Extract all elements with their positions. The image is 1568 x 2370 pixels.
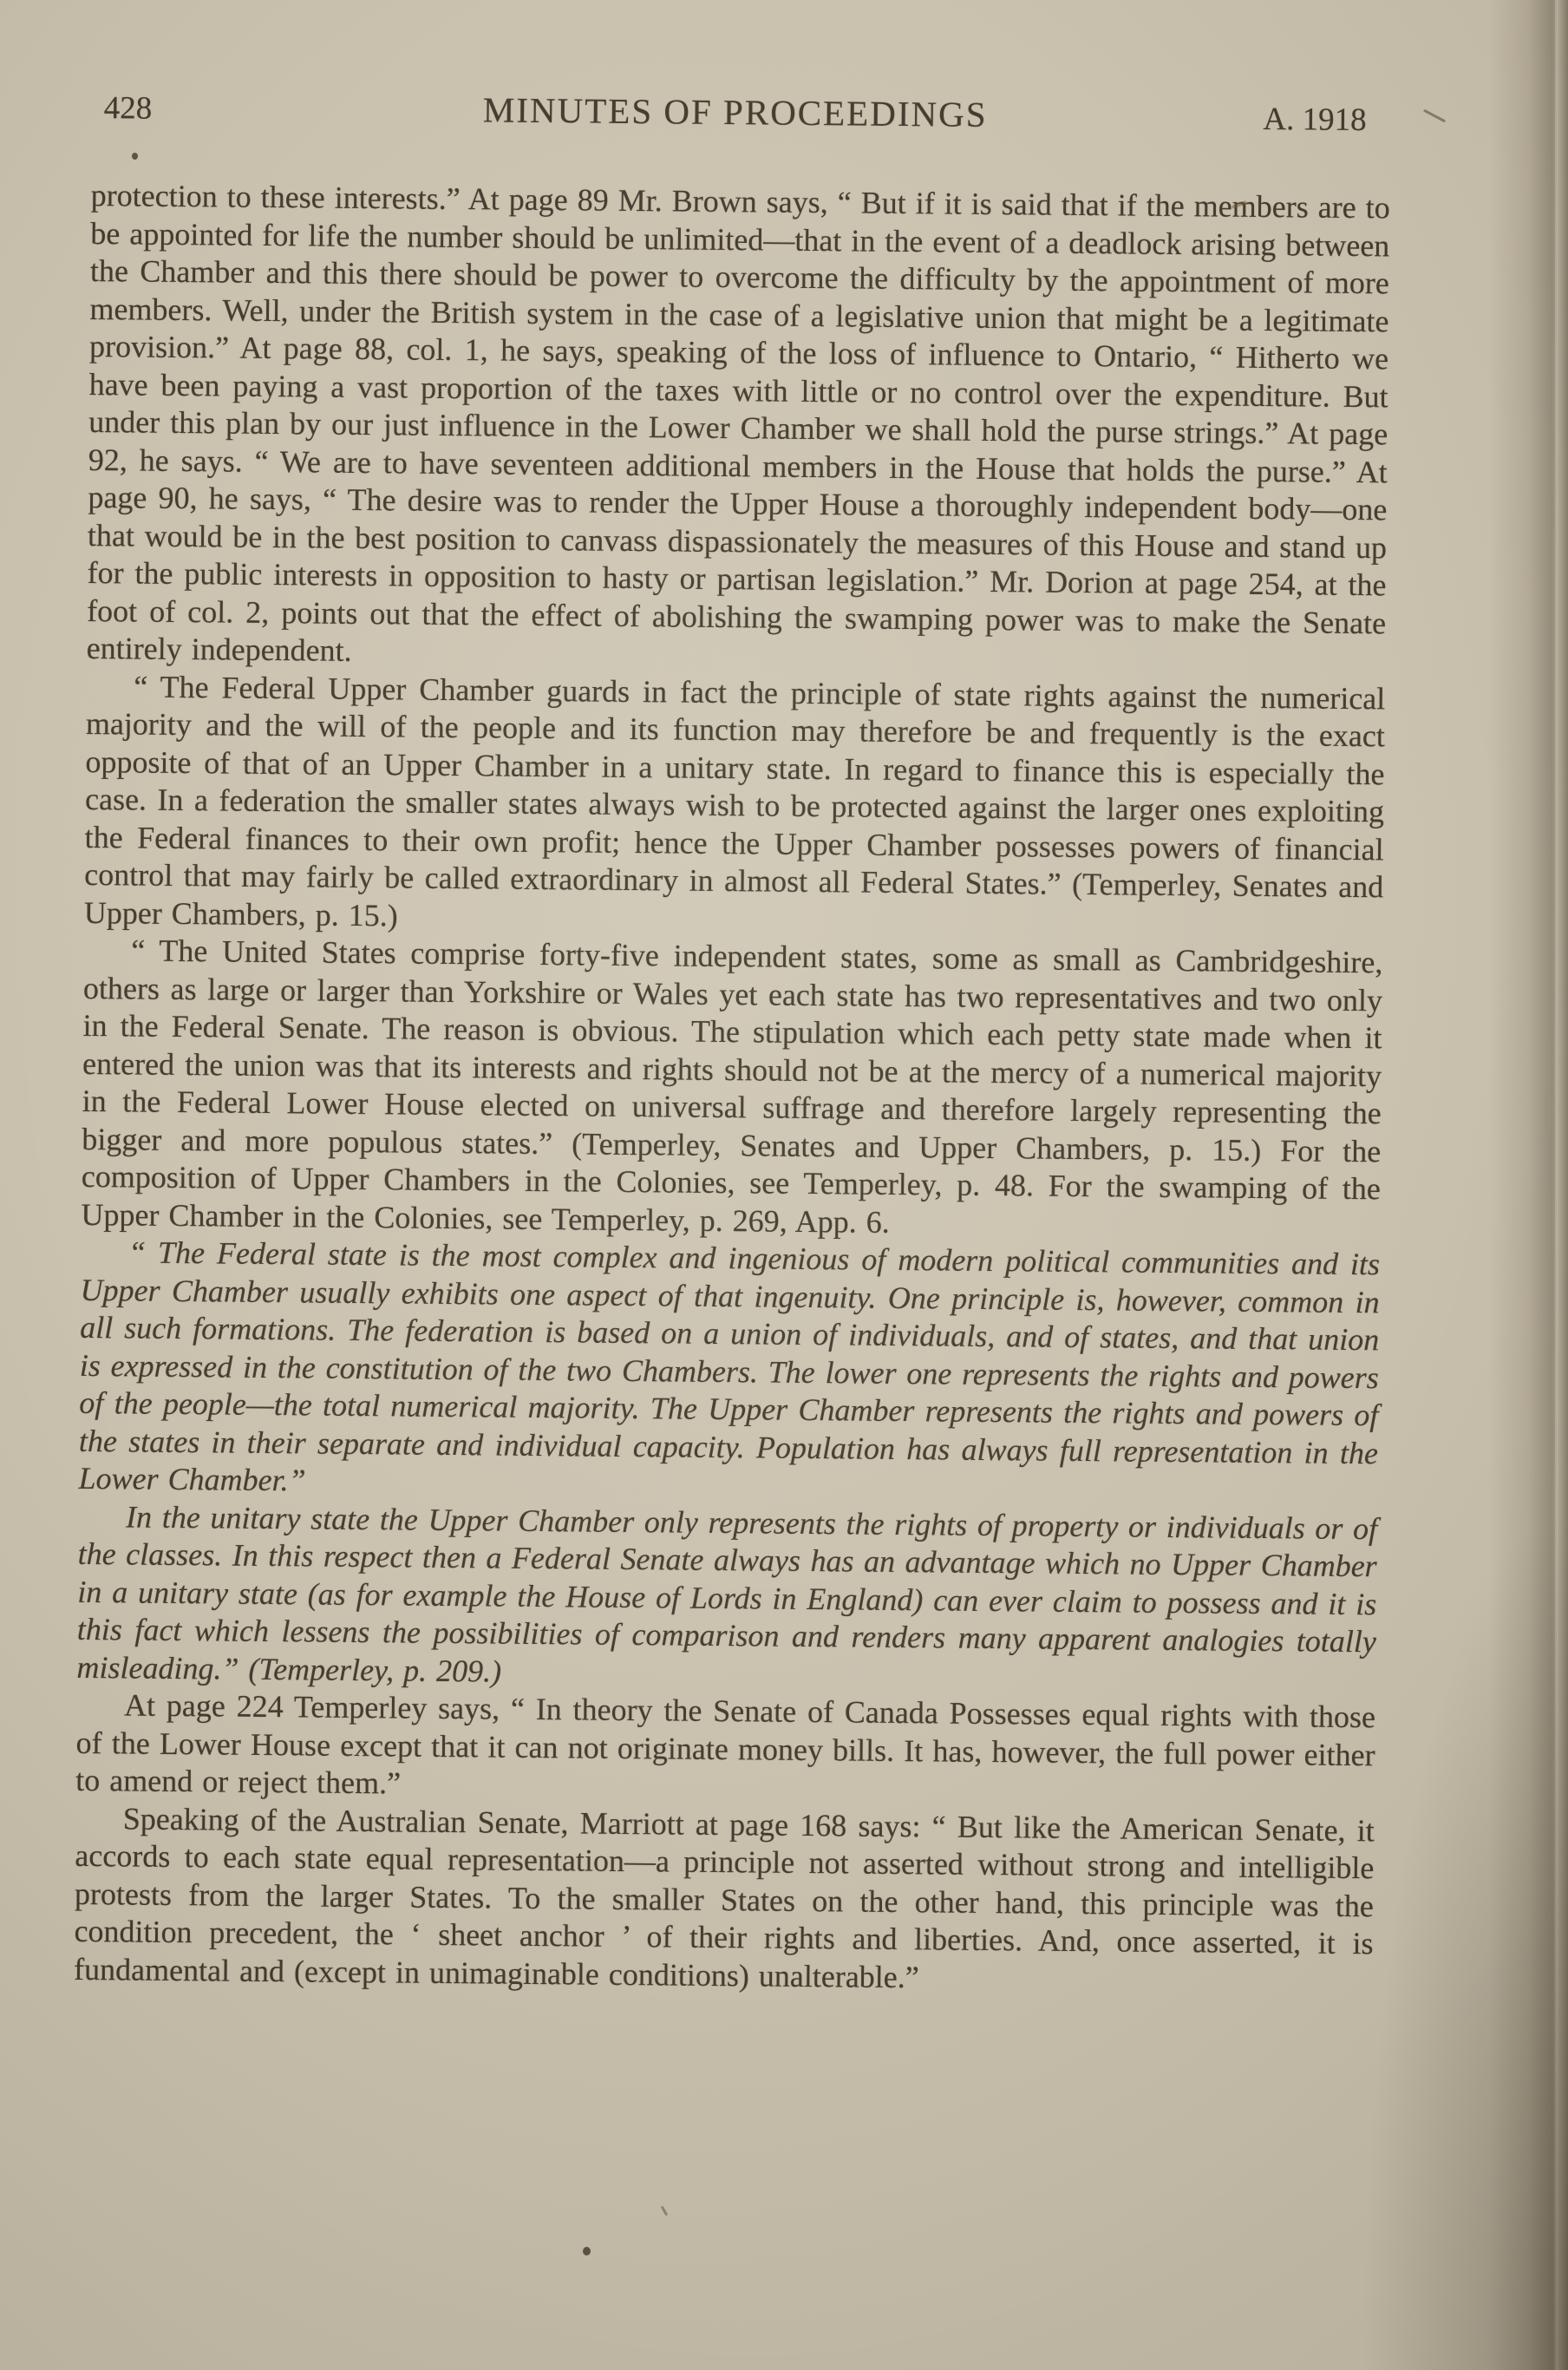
paragraph-1: protection to these interests.” At page …: [87, 177, 1390, 680]
paper-speck: [132, 153, 138, 160]
paragraph-7: Speaking of the Australian Senate, Marri…: [74, 1799, 1375, 2000]
paragraph-6: At page 224 Temperley says, “ In theory …: [75, 1686, 1375, 1812]
paragraph-5: In the unitary state the Upper Chamber o…: [76, 1497, 1377, 1699]
corner-shadow: [1360, 1503, 1568, 2370]
page-title: MINUTES OF PROCEEDINGS: [286, 87, 1185, 137]
paragraph-4: “ The Federal state is the most complex …: [78, 1234, 1380, 1510]
paper-fiber: [1423, 109, 1446, 123]
page-number: 428: [92, 89, 286, 128]
session-year: A. 1918: [1184, 100, 1390, 139]
page-content: 428 MINUTES OF PROCEEDINGS A. 1918 prote…: [74, 85, 1391, 2000]
paper-speck: [583, 2247, 591, 2255]
page-header: 428 MINUTES OF PROCEEDINGS A. 1918: [92, 85, 1391, 139]
scanned-page: 428 MINUTES OF PROCEEDINGS A. 1918 prote…: [0, 0, 1568, 2370]
paragraph-3: “ The United States comprise forty-five …: [81, 932, 1382, 1246]
body-text: protection to these interests.” At page …: [74, 177, 1390, 2000]
paper-fiber: [661, 2206, 669, 2216]
paragraph-2: “ The Federal Upper Chamber guards in fa…: [84, 667, 1386, 944]
